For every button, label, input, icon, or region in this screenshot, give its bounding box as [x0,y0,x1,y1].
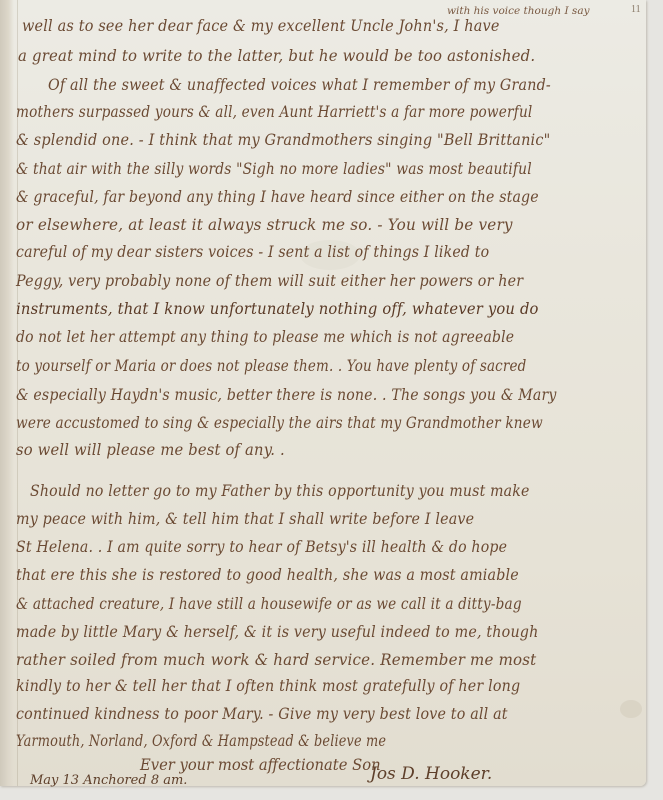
letter-line-21: & attached creature, I have still a hous… [16,595,522,613]
letter-line-15: were accustomed to sing & especially the… [16,414,543,432]
paper-stain [620,700,642,718]
letter-line-19: St Helena. . I am quite sorry to hear of… [16,538,507,556]
letter-line-2: a great mind to write to the latter, but… [18,47,535,65]
letter-line-3: Of all the sweet & unaffected voices wha… [48,76,551,94]
letter-line-14: & especially Haydn's music, better there… [16,386,557,404]
page-number: 11 [631,4,641,15]
letter-line-11: instruments, that I know unfortunately n… [16,300,539,318]
letter-line-9: careful of my dear sisters voices - I se… [16,243,489,261]
manuscript-scan: 11 with his voice though I say well as t… [0,0,663,800]
letter-line-7: & graceful, far beyond any thing I have … [16,188,539,206]
letter-line-12: do not let her attempt any thing to plea… [16,328,514,346]
letter-line-22: made by little Mary & herself, & it is v… [16,623,539,641]
letter-closing: Ever your most affectionate Son [140,756,381,774]
letter-line-25: continued kindness to poor Mary. - Give … [16,705,508,723]
letter-line-16: so well will please me best of any. . [16,441,285,459]
letter-line-10: Peggy, very probably none of them will s… [16,272,523,290]
interlinear-note: with his voice though I say [447,5,590,17]
letter-line-26: Yarmouth, Norland, Oxford & Hampstead & … [16,732,386,750]
letter-line-20: that ere this she is restored to good he… [16,566,519,584]
letter-line-8: or elsewhere, at least it always struck … [16,216,513,234]
letter-line-23: rather soiled from much work & hard serv… [16,651,536,669]
letter-page: 11 with his voice though I say well as t… [0,0,646,786]
letter-dateline: May 13 Anchored 8 am. [30,773,187,788]
letter-line-24: kindly to her & tell her that I often th… [16,677,520,695]
letter-signature: Jos D. Hooker. [370,764,492,784]
letter-line-13: to yourself or Maria or does not please … [16,357,526,375]
letter-line-4: mothers surpassed yours & all, even Aunt… [16,103,532,121]
letter-line-6: & that air with the silly words "Sigh no… [16,160,532,178]
letter-line-18: my peace with him, & tell him that I sha… [16,510,474,528]
letter-line-1: well as to see her dear face & my excell… [22,17,500,35]
binding-edge [0,0,14,786]
letter-line-5: & splendid one. - I think that my Grandm… [16,131,550,149]
letter-line-17: Should no letter go to my Father by this… [30,482,530,500]
